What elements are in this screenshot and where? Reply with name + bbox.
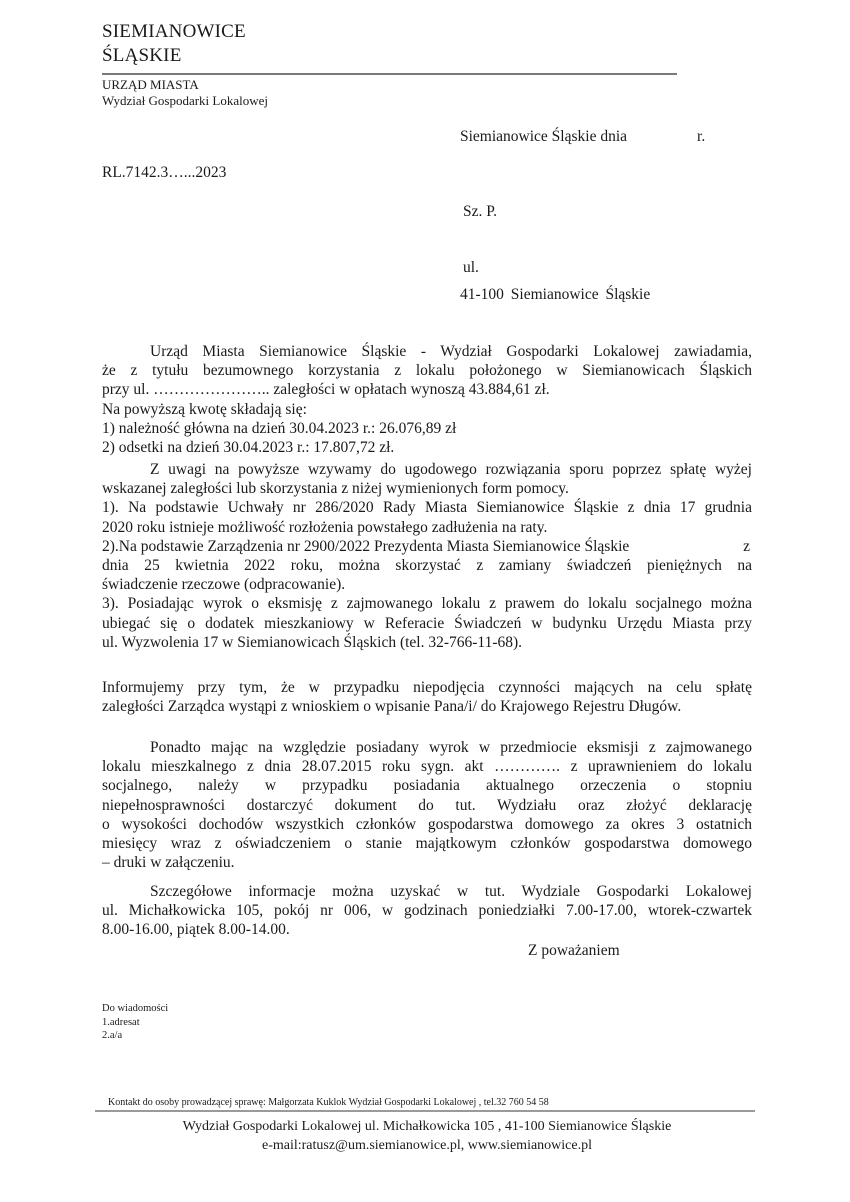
- letterhead-city-line1: SIEMIANOWICE: [102, 20, 246, 44]
- text-line: wskazanej zaległości lub skorzystania z …: [102, 479, 752, 498]
- text-line: miesięcy wraz z oświadczeniem o stanie m…: [102, 834, 752, 853]
- letterhead-office-name: URZĄD MIASTA: [102, 77, 268, 93]
- text-line: o wysokości dochodów wszystkich członków…: [102, 815, 752, 834]
- text-line: Informujemy przy tym, że w przypadku nie…: [102, 678, 752, 697]
- text-line: 1) należność główna na dzień 30.04.2023 …: [102, 419, 752, 438]
- text-line-part: z: [743, 537, 750, 556]
- distribution-item: 2.a/a: [102, 1029, 168, 1043]
- date-suffix: r.: [697, 128, 705, 145]
- text-line: ul. Michałkowicka 105, pokój nr 006, w g…: [102, 901, 752, 920]
- text-line: zaległości Zarządca wystąpi z wnioskiem …: [102, 697, 752, 716]
- paragraph-debt-registry-warning: Informujemy przy tym, że w przypadku nie…: [102, 678, 752, 716]
- text-line: Szczegółowe informacje można uzyskać w t…: [102, 882, 752, 901]
- header-divider: [102, 73, 677, 75]
- date-prefix: Siemianowice Śląskie dnia: [460, 128, 627, 145]
- text-line: ubiegać się o dodatek mieszkaniowy w Ref…: [102, 614, 752, 633]
- paragraph-assistance-options: Z uwagi na powyższe wzywamy do ugodowego…: [102, 460, 752, 652]
- addressee-postal-city: 41-100 Siemianowice Śląskie: [460, 285, 650, 304]
- text-line: 3). Posiadając wyrok o eksmisję z zajmow…: [102, 594, 752, 613]
- distribution-item: 1.adresat: [102, 1016, 168, 1030]
- text-line-part: 2).Na podstawie Zarządzenia nr 2900/2022…: [102, 538, 629, 555]
- footer-divider: [95, 1110, 755, 1112]
- text-line: Urząd Miasta Siemianowice Śląskie - Wydz…: [102, 342, 752, 361]
- paragraph-office-hours: Szczegółowe informacje można uzyskać w t…: [102, 882, 752, 940]
- text-line: socjalnego, należy w przypadku posiadani…: [102, 776, 752, 795]
- letterhead-city: SIEMIANOWICE ŚLĄSKIE: [102, 20, 246, 68]
- date-line: Siemianowice Śląskie dniar.: [460, 127, 705, 146]
- text-line: 1). Na podstawie Uchwały nr 286/2020 Rad…: [102, 498, 752, 517]
- closing-salutation: Z poważaniem: [528, 941, 620, 960]
- text-line: przy ul. ………………….. zaległości w opłatach…: [102, 380, 752, 399]
- distribution-list: Do wiadomości 1.adresat 2.a/a: [102, 1002, 168, 1043]
- text-line: Na powyższą kwotę składają się:: [102, 400, 752, 419]
- letterhead-office: URZĄD MIASTA Wydział Gospodarki Lokalowe…: [102, 77, 268, 109]
- paragraph-debt-notice: Urząd Miasta Siemianowice Śląskie - Wydz…: [102, 342, 752, 457]
- text-line: 2).Na podstawie Zarządzenia nr 2900/2022…: [102, 537, 752, 556]
- text-line: lokalu mieszkalnego z dnia 28.07.2015 ro…: [102, 757, 752, 776]
- letterhead-department: Wydział Gospodarki Lokalowej: [102, 93, 268, 109]
- addressee-street: ul.: [463, 258, 479, 277]
- text-line: ul. Wyzwolenia 17 w Siemianowicach Śląsk…: [102, 633, 752, 652]
- footer-email-website: e-mail:ratusz@um.siemianowice.pl, www.si…: [172, 1136, 682, 1155]
- text-line: 8.00-16.00, piątek 8.00-14.00.: [102, 920, 752, 939]
- text-line: dnia 25 kwietnia 2022 roku, można skorzy…: [102, 556, 752, 575]
- distribution-title: Do wiadomości: [102, 1002, 168, 1016]
- text-line: 2) odsetki na dzień 30.04.2023 r.: 17.80…: [102, 438, 752, 457]
- footer-address: Wydział Gospodarki Lokalowej ul. Michałk…: [172, 1117, 682, 1136]
- reference-number: RL.7142.3…...2023: [102, 163, 226, 182]
- footer-contact-person: Kontakt do osoby prowadzącej sprawę: Mał…: [108, 1097, 549, 1109]
- text-line: świadczenie rzeczowe (odpracowanie).: [102, 575, 752, 594]
- addressee-salutation: Sz. P.: [463, 202, 497, 221]
- text-line: – druki w załączeniu.: [102, 853, 752, 872]
- text-line: 2020 roku istnieje możliwość rozłożenia …: [102, 518, 752, 537]
- letterhead-city-line2: ŚLĄSKIE: [102, 44, 246, 68]
- text-line: Z uwagi na powyższe wzywamy do ugodowego…: [102, 460, 752, 479]
- text-line: Ponadto mając na względzie posiadany wyr…: [102, 738, 752, 757]
- text-line: niepełnosprawności dostarczyć dokument d…: [102, 796, 752, 815]
- paragraph-eviction-documents: Ponadto mając na względzie posiadany wyr…: [102, 738, 752, 872]
- text-line: że z tytułu bezumownego korzystania z lo…: [102, 361, 752, 380]
